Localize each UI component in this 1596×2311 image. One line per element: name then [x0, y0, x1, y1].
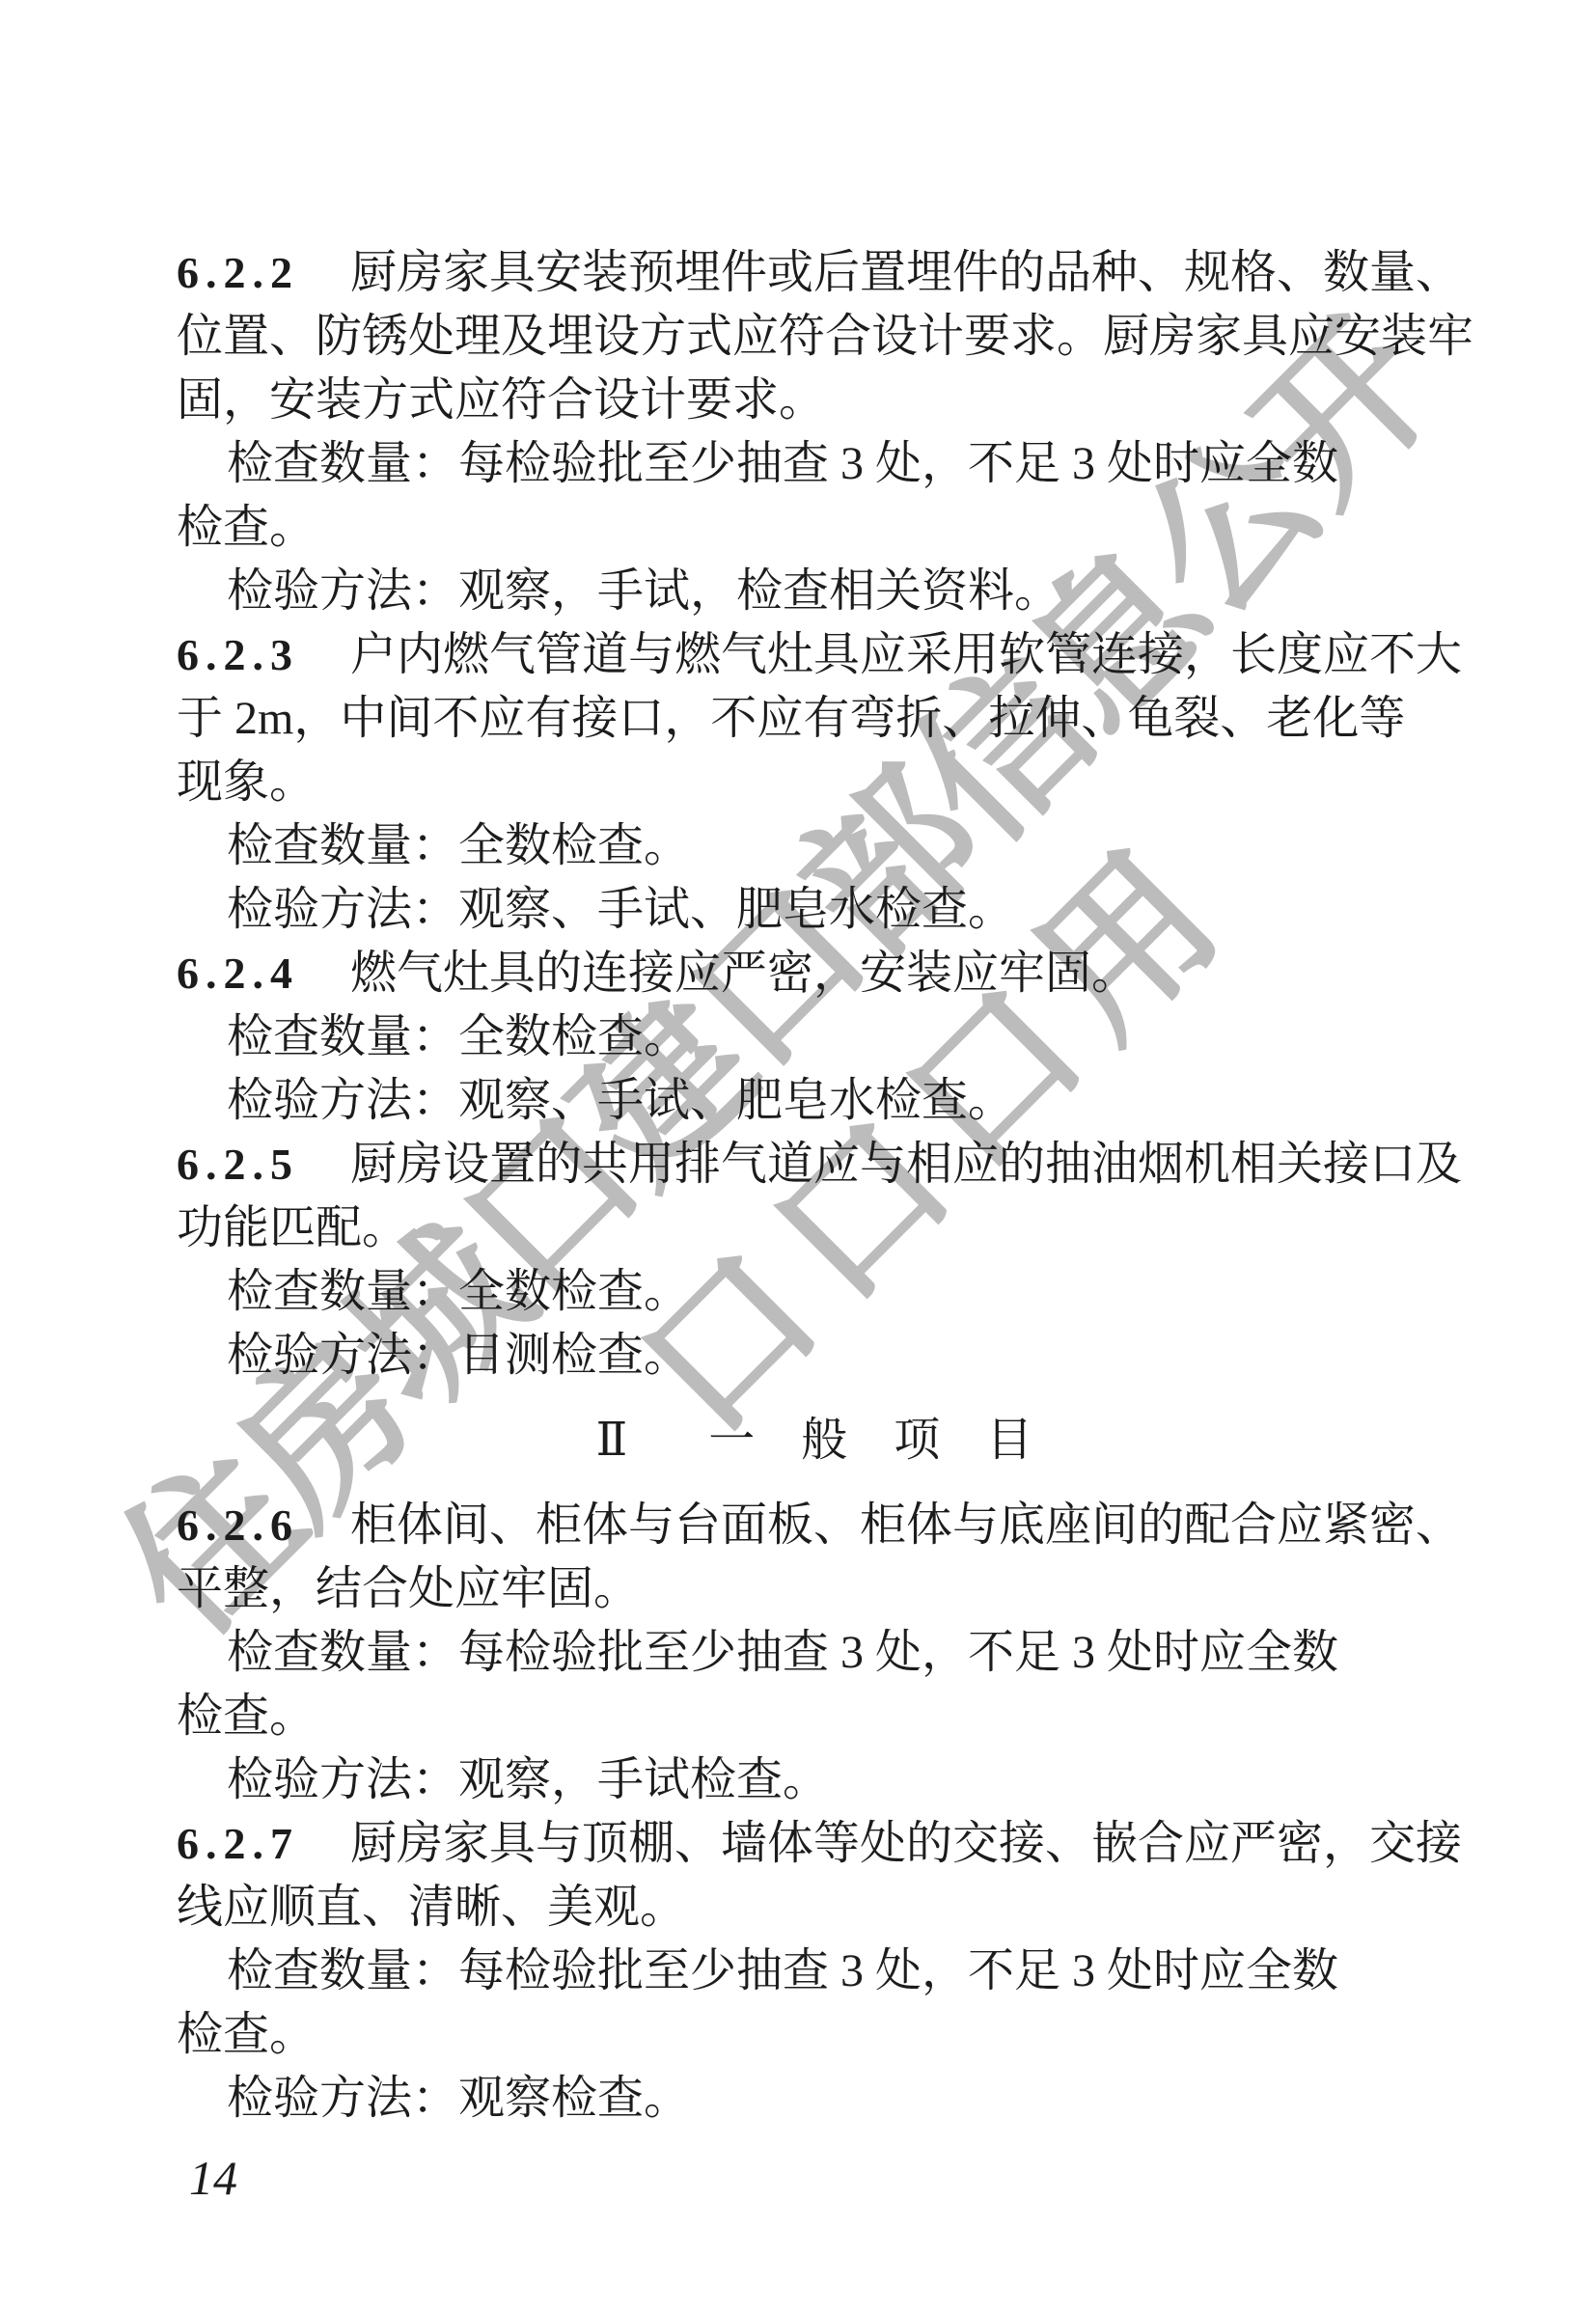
clause-number: 6.2.7: [177, 1812, 321, 1876]
line-text: 检验方法：观察，手试检查。: [227, 1754, 829, 1805]
line-text: Ⅱ 一 般 项 目: [596, 1415, 1051, 1466]
text-line: 检查。: [177, 1685, 1470, 1748]
text-line: 平整，结合处应牢固。: [177, 1557, 1470, 1621]
line-text: 厨房家具安装预埋件或后置埋件的品种、规格、数量、: [350, 247, 1462, 298]
text-line: 6.2.6柜体间、柜体与台面板、柜体与底座间的配合应紧密、: [177, 1494, 1470, 1557]
text-line: 检验方法：观察，手试，检查相关资料。: [177, 560, 1470, 623]
line-text: 检查。: [177, 502, 316, 553]
clause-number: 6.2.5: [177, 1133, 321, 1197]
line-text: 检验方法：观察，手试，检查相关资料。: [227, 565, 1060, 617]
clause-number: 6.2.6: [177, 1494, 321, 1557]
text-line: 检验方法：观察，手试检查。: [177, 1748, 1470, 1812]
text-line: 检查数量：每检验批至少抽查 3 处，不足 3 处时应全数: [177, 1940, 1470, 2003]
clause-number: 6.2.4: [177, 942, 321, 1005]
line-text: 检验方法：目测检查。: [227, 1330, 690, 1381]
text-line: 6.2.3户内燃气管道与燃气灶具应采用软管连接，长度应不大: [177, 623, 1470, 687]
line-text: 厨房设置的共用排气道应与相应的抽油烟机相关接口及: [350, 1139, 1462, 1190]
text-line: 位置、防锈处理及埋设方式应符合设计要求。厨房家具应安装牢: [177, 305, 1470, 369]
text-line: 6.2.5厨房设置的共用排气道应与相应的抽油烟机相关接口及: [177, 1133, 1470, 1197]
line-text: 检验方法：观察检查。: [227, 2073, 690, 2124]
text-line: 检查数量：每检验批至少抽查 3 处，不足 3 处时应全数: [177, 1621, 1470, 1685]
line-text: 检查。: [177, 2009, 316, 2060]
text-line: 检查。: [177, 496, 1470, 560]
clause-number: 6.2.3: [177, 623, 321, 687]
line-text: 位置、防锈处理及埋设方式应符合设计要求。厨房家具应安装牢: [177, 311, 1473, 362]
line-text: 于 2m，中间不应有接口，不应有弯折、拉伸、龟裂、老化等: [177, 693, 1405, 744]
line-text: 检查数量：全数检查。: [227, 1266, 690, 1317]
text-line: 线应顺直、清晰、美观。: [177, 1876, 1470, 1940]
page-number: 14: [189, 2150, 237, 2206]
line-text: 现象。: [177, 757, 316, 808]
text-line: 现象。: [177, 751, 1470, 814]
document-page: { "page": { "number": "14" }, "watermark…: [0, 0, 1596, 2311]
clause-number: 6.2.2: [177, 241, 321, 305]
text-line: 检查数量：全数检查。: [177, 814, 1470, 878]
document-body: 6.2.2厨房家具安装预埋件或后置埋件的品种、规格、数量、位置、防锈处理及埋设方…: [177, 241, 1470, 2131]
text-line: 检验方法：目测检查。: [177, 1324, 1470, 1388]
line-text: 平整，结合处应牢固。: [177, 1563, 640, 1614]
text-line: 检查。: [177, 2003, 1470, 2067]
text-line: 于 2m，中间不应有接口，不应有弯折、拉伸、龟裂、老化等: [177, 687, 1470, 751]
text-line: 检查数量：全数检查。: [177, 1005, 1470, 1069]
text-line: 检验方法：观察、手试、肥皂水检查。: [177, 878, 1470, 942]
text-line: 6.2.4燃气灶具的连接应严密，安装应牢固。: [177, 942, 1470, 1005]
line-text: 固，安装方式应符合设计要求。: [177, 374, 825, 426]
line-text: 线应顺直、清晰、美观。: [177, 1882, 686, 1933]
line-text: 检验方法：观察、手试、肥皂水检查。: [227, 884, 1014, 935]
line-text: 检查数量：全数检查。: [227, 1011, 690, 1062]
section-heading: Ⅱ 一 般 项 目: [177, 1388, 1470, 1494]
line-text: 检查数量：全数检查。: [227, 820, 690, 871]
text-line: 功能匹配。: [177, 1197, 1470, 1260]
line-text: 检验方法：观察、手试、肥皂水检查。: [227, 1075, 1014, 1126]
text-line: 检查数量：每检验批至少抽查 3 处，不足 3 处时应全数: [177, 432, 1470, 496]
line-text: 柜体间、柜体与台面板、柜体与底座间的配合应紧密、: [350, 1499, 1462, 1551]
text-line: 6.2.2厨房家具安装预埋件或后置埋件的品种、规格、数量、: [177, 241, 1470, 305]
text-line: 检验方法：观察、手试、肥皂水检查。: [177, 1069, 1470, 1133]
text-line: 检验方法：观察检查。: [177, 2067, 1470, 2131]
line-text: 户内燃气管道与燃气灶具应采用软管连接，长度应不大: [350, 629, 1462, 680]
line-text: 检查数量：每检验批至少抽查 3 处，不足 3 处时应全数: [227, 1627, 1338, 1678]
line-text: 检查数量：每检验批至少抽查 3 处，不足 3 处时应全数: [227, 1945, 1338, 1996]
line-text: 功能匹配。: [177, 1202, 408, 1253]
text-line: 6.2.7厨房家具与顶棚、墙体等处的交接、嵌合应严密，交接: [177, 1812, 1470, 1876]
text-line: 固，安装方式应符合设计要求。: [177, 369, 1470, 432]
line-text: 厨房家具与顶棚、墙体等处的交接、嵌合应严密，交接: [350, 1818, 1462, 1869]
line-text: 燃气灶具的连接应严密，安装应牢固。: [350, 948, 1138, 999]
line-text: 检查数量：每检验批至少抽查 3 处，不足 3 处时应全数: [227, 438, 1338, 489]
line-text: 检查。: [177, 1691, 316, 1742]
text-line: 检查数量：全数检查。: [177, 1260, 1470, 1324]
